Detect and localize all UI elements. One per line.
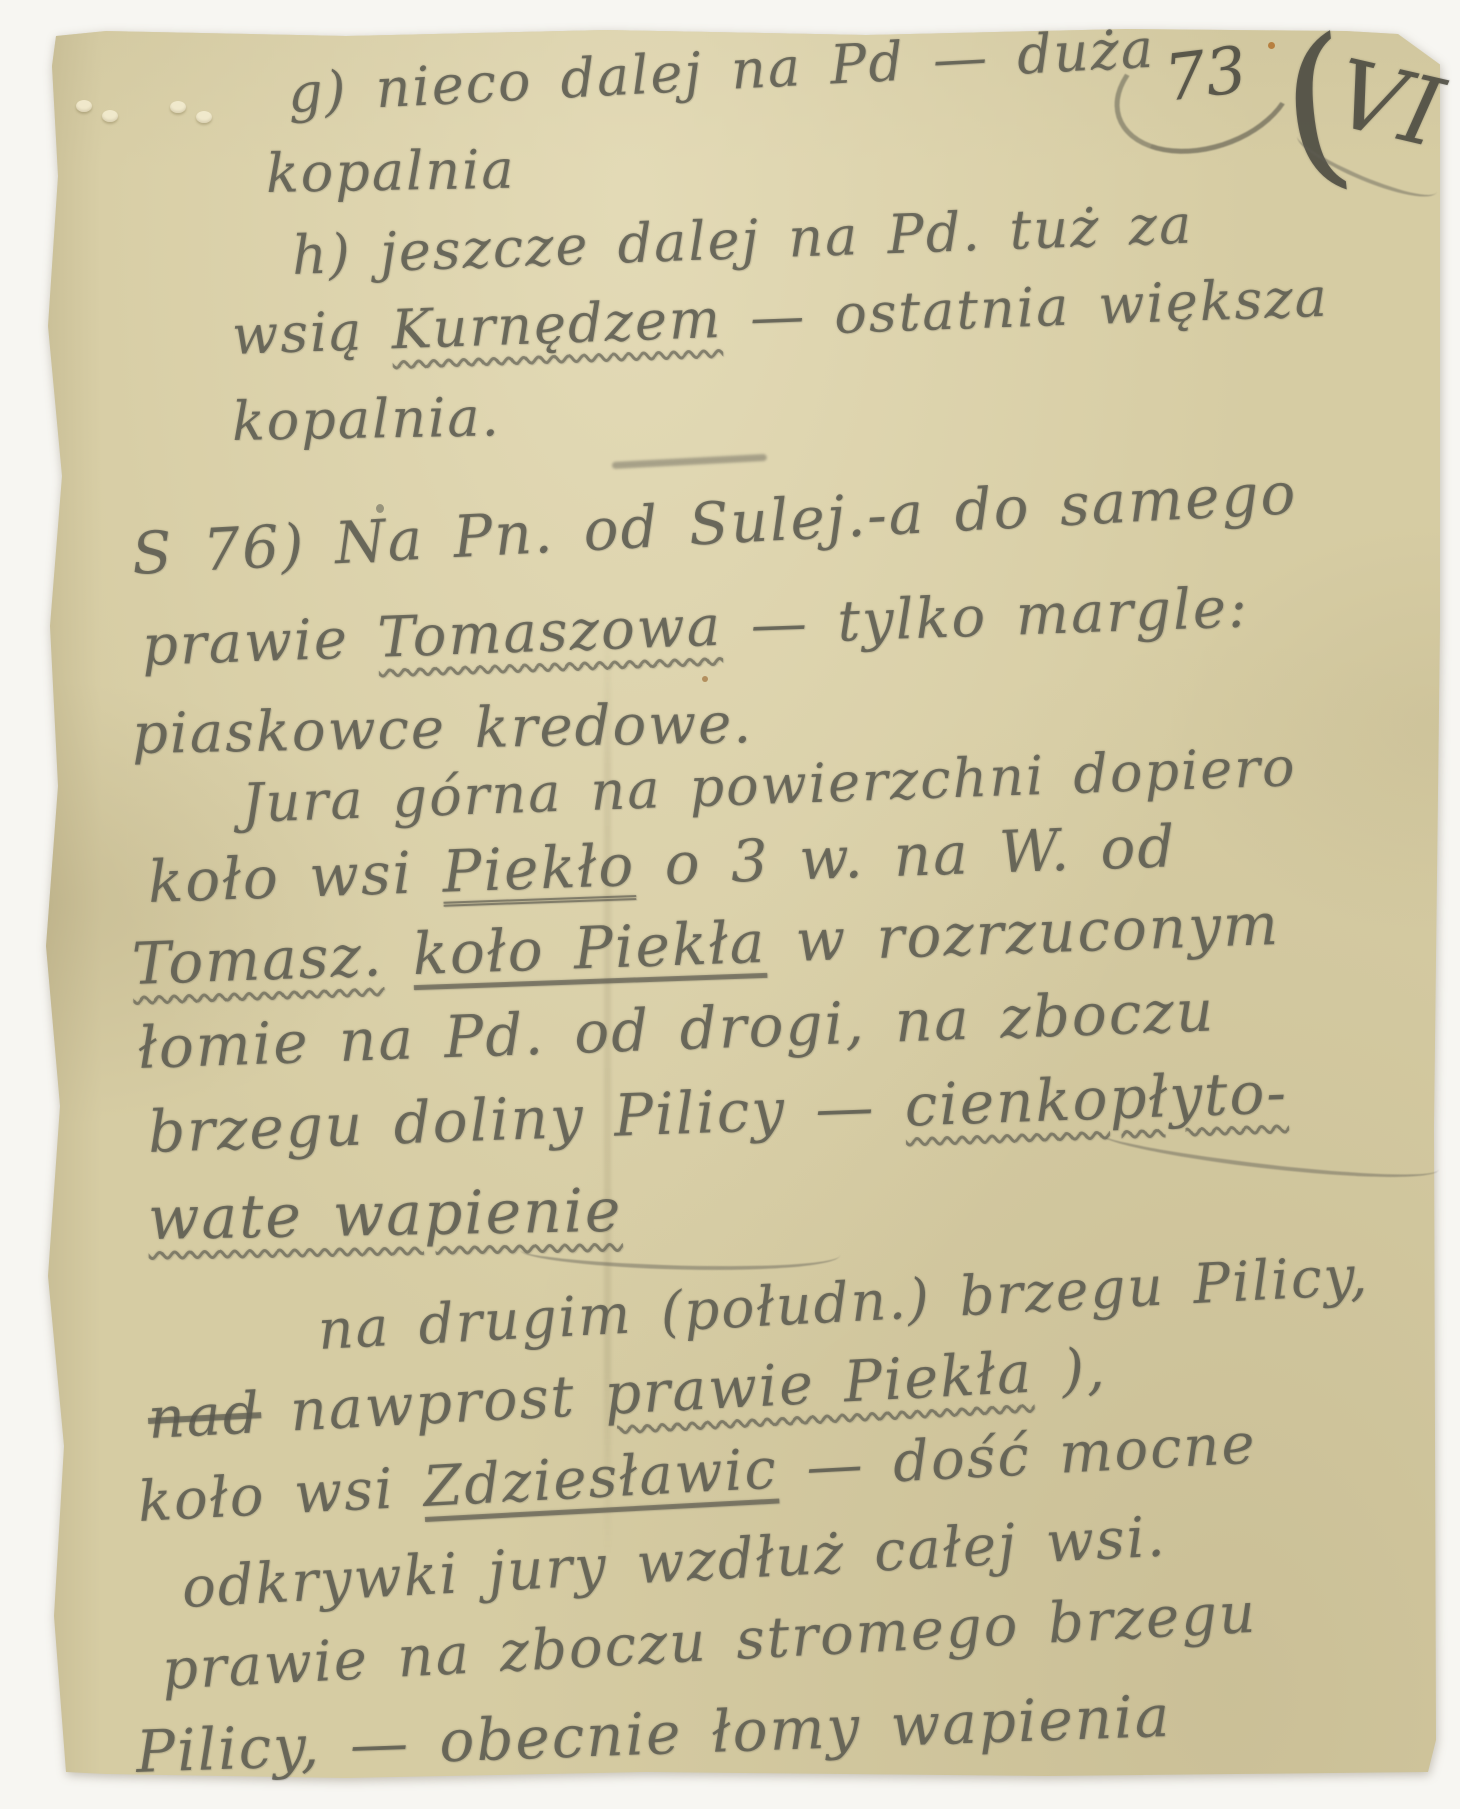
emphasized-word: cienkopłyto- xyxy=(904,1058,1289,1139)
manuscript-line-3: h) jeszcze dalej na Pd. tuż za xyxy=(291,193,1194,287)
underline-flourish-wapienie xyxy=(520,1244,841,1275)
manuscript-line-14: wate wapienie xyxy=(147,1176,623,1254)
manuscript-line-1: g) nieco dalej na Pd — duża xyxy=(286,17,1156,125)
hand-text: — tylko margle: xyxy=(721,575,1250,658)
emphasized-word: prawie Piekła xyxy=(603,1340,1035,1428)
hand-text: nawprost xyxy=(259,1362,606,1446)
manuscript-line-2: kopalnia xyxy=(265,138,516,205)
manuscript-line-8: piaskowce kredowe. xyxy=(131,691,753,767)
hand-text: — ostatnia większa xyxy=(721,266,1330,350)
emphasized-word: Tomaszowa xyxy=(377,594,724,671)
hand-text: h) jeszcze dalej na Pd. tuż za xyxy=(291,193,1194,287)
manuscript-line-7: prawie Tomaszowa — tylko margle: xyxy=(141,575,1250,679)
manuscript-line-6: S 76) Na Pn. od Sulej.-a do samego xyxy=(130,459,1299,588)
section-divider-dash xyxy=(612,454,767,469)
hand-text: S 76) Na Pn. od Sulej.-a do samego xyxy=(130,459,1299,588)
hand-text: kopalnia xyxy=(265,138,516,205)
emphasized-word: koło Piekła xyxy=(412,908,768,988)
underline-flourish-cienkoplyto xyxy=(1099,1128,1439,1189)
emphasized-word: Kurnędzem xyxy=(390,287,723,362)
hand-text: wsią xyxy=(231,298,393,367)
hand-text: kopalnia. xyxy=(231,385,501,453)
emphasized-word: Tomasz. xyxy=(131,921,385,998)
hand-text: brzegu doliny Pilicy — xyxy=(147,1072,906,1166)
scanned-page: 73 ( VI g) nieco dalej na Pd — dużakopal… xyxy=(0,0,1460,1809)
hand-text xyxy=(382,920,414,989)
emphasized-word: Zdziesławic xyxy=(422,1437,780,1520)
hand-text: koło wsi xyxy=(147,838,444,916)
hand-text: ), xyxy=(1031,1336,1108,1406)
hand-text: w rozrzuconym xyxy=(765,890,1281,976)
hand-text: o 3 w. na W. od xyxy=(634,812,1178,899)
emphasized-word: Piekło xyxy=(441,831,636,906)
hand-text: g) nieco dalej na Pd — duża xyxy=(286,17,1156,125)
manuscript-line-5: kopalnia. xyxy=(231,385,501,453)
manuscript-line-15: na drugim (połudn.) brzegu Pilicy, xyxy=(316,1243,1370,1362)
hand-text: na drugim (połudn.) brzegu Pilicy, xyxy=(316,1243,1370,1362)
page-number-annotation: 73 xyxy=(1161,33,1251,116)
hand-text: piaskowce kredowe. xyxy=(131,691,753,767)
emphasized-word: wate wapienie xyxy=(147,1176,623,1254)
hand-text: prawie xyxy=(141,606,379,679)
hand-text: Pilicy, — obecnie łomy wapienia xyxy=(135,1682,1172,1786)
manuscript-line-20: Pilicy, — obecnie łomy wapienia xyxy=(135,1682,1172,1786)
emphasized-word: nad xyxy=(146,1380,262,1452)
hand-text: — dość mocne xyxy=(776,1411,1258,1501)
ink-layer: 73 ( VI g) nieco dalej na Pd — dużakopal… xyxy=(0,0,1460,1809)
hand-text: koło wsi xyxy=(136,1455,425,1535)
